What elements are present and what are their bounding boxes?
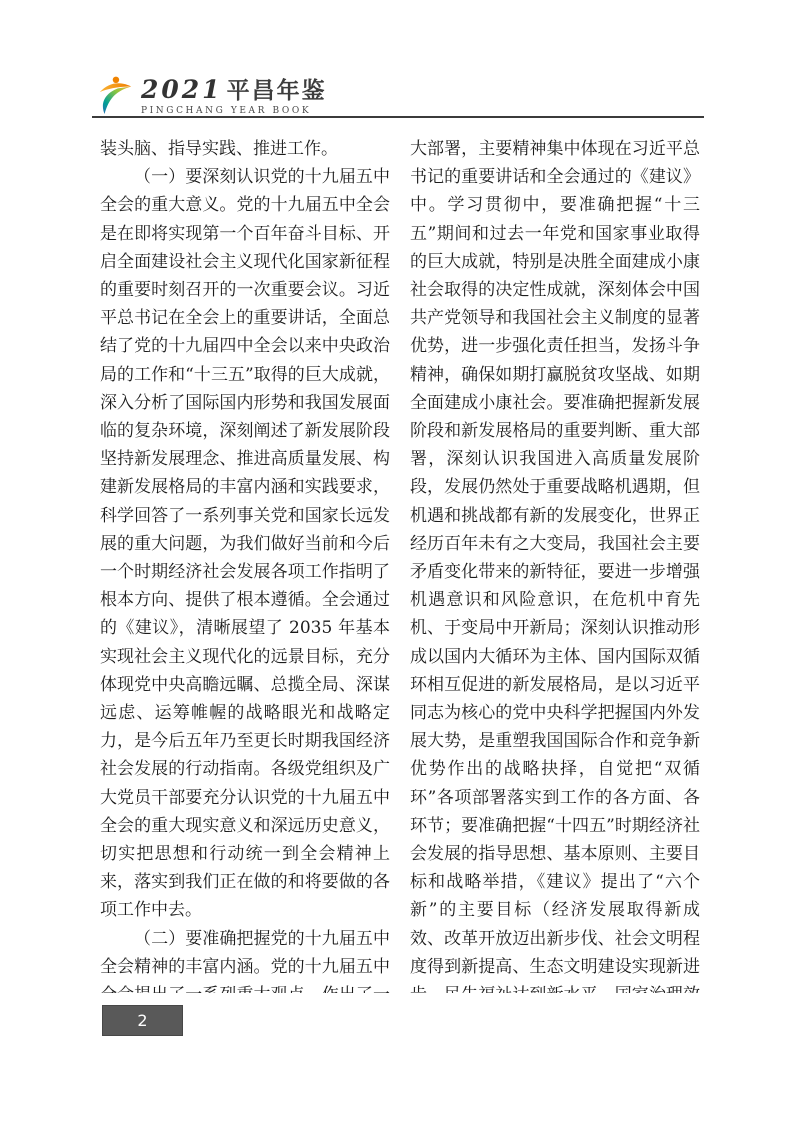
- paragraph-point-one: （一）要深刻认识党的十九届五中全会的重大意义。党的十九届五中全会是在即将实现第一…: [100, 163, 390, 924]
- right-column: 大部署，主要精神集中体现在习近平总书记的重要讲话和全会通过的《建议》中。学习贯彻…: [410, 135, 700, 993]
- article-body: 装头脑、指导实践、推进工作。 （一）要深刻认识党的十九届五中全会的重大意义。党的…: [100, 135, 700, 993]
- paragraph-continuation: 装头脑、指导实践、推进工作。: [100, 135, 390, 163]
- header-divider: [92, 116, 704, 118]
- brand-title: 2021平昌年鉴: [141, 77, 327, 103]
- brand: 2021平昌年鉴 PINGCHANG YEAR BOOK: [96, 74, 327, 116]
- brand-subtitle: PINGCHANG YEAR BOOK: [141, 106, 327, 116]
- brand-text: 2021平昌年鉴 PINGCHANG YEAR BOOK: [141, 74, 327, 116]
- yearbook-page: 2021平昌年鉴 PINGCHANG YEAR BOOK 装头脑、指导实践、推进…: [0, 0, 793, 1122]
- brand-title-cn: 平昌年鉴: [227, 77, 327, 104]
- left-column: 装头脑、指导实践、推进工作。 （一）要深刻认识党的十九届五中全会的重大意义。党的…: [100, 135, 390, 993]
- brand-year: 2021: [141, 75, 223, 104]
- page-number-box: 2: [102, 1005, 183, 1036]
- page-number: 2: [137, 1011, 147, 1030]
- paragraph-point-two-continuation: 大部署，主要精神集中体现在习近平总书记的重要讲话和全会通过的《建议》中。学习贯彻…: [410, 135, 700, 993]
- yearbook-logo-icon: [96, 74, 134, 116]
- paragraph-point-two: （二）要准确把握党的十九届五中全会精神的丰富内涵。党的十九届五中全会提出了一系列…: [100, 925, 390, 993]
